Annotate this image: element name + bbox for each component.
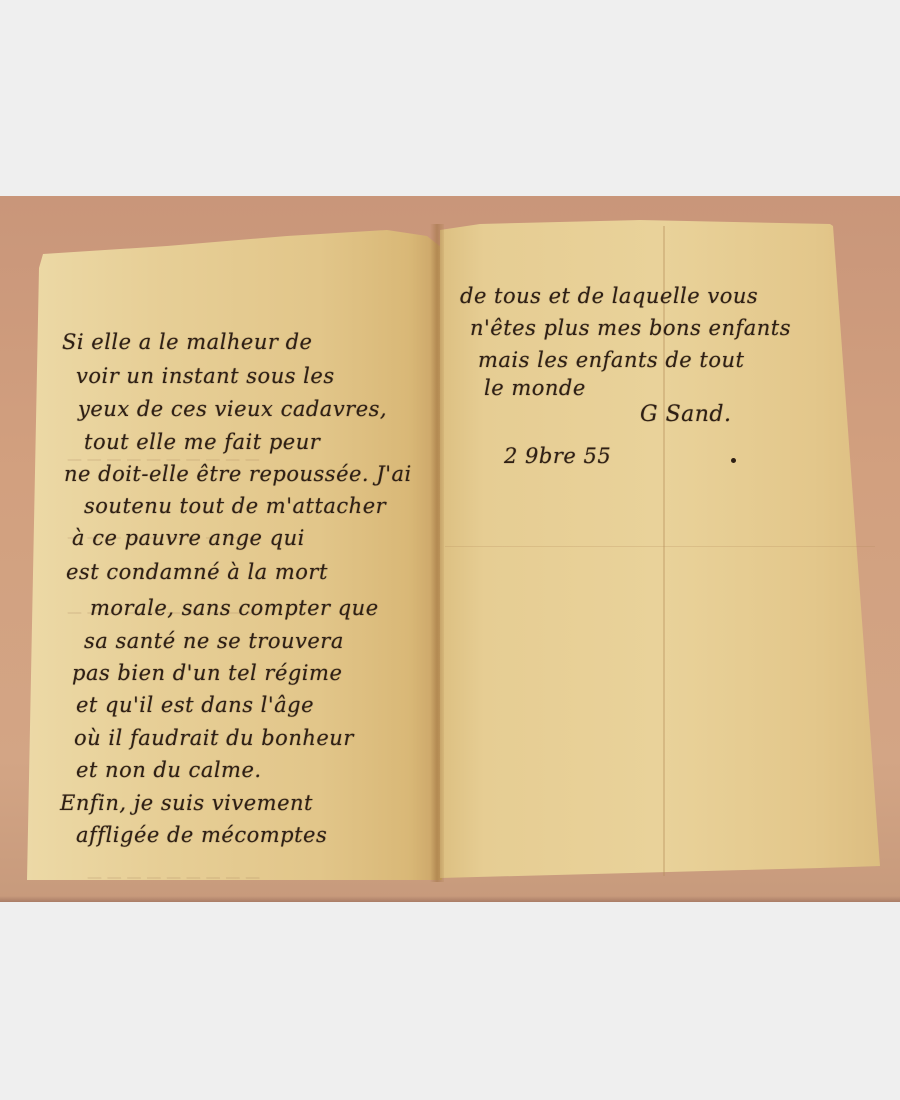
handwriting-line: et qu'il est dans l'âge (76, 693, 314, 717)
letter-photograph: — — — — — — — — — — — — — — — — — — — — … (0, 196, 900, 902)
handwriting-line: Si elle a le malheur de (62, 330, 312, 354)
handwriting-line: est condamné à la mort (66, 560, 328, 584)
ink-dot (731, 458, 736, 463)
handwriting-line: de tous et de laquelle vous (460, 284, 758, 308)
handwriting-line: affligée de mécomptes (76, 823, 327, 847)
handwriting-line: yeux de ces vieux cadavres, (78, 397, 387, 421)
handwriting-line: n'êtes plus mes bons enfants (470, 316, 791, 340)
handwriting-line: sa santé ne se trouvera (84, 629, 344, 653)
left-page: — — — — — — — — — — — — — — — — — — — — … (27, 228, 442, 880)
paper-crease-horizontal (445, 546, 875, 547)
handwriting-line: le monde (484, 376, 586, 400)
handwriting-line: voir un instant sous les (76, 364, 335, 388)
handwriting-line: où il faudrait du bonheur (74, 726, 354, 750)
center-fold (430, 224, 444, 882)
handwriting-line: et non du calme. (76, 758, 262, 782)
handwriting-line: morale, sans compter que (90, 596, 379, 620)
letter-date: 2 9bre 55 (504, 444, 611, 468)
handwriting-line: à ce pauvre ange qui (72, 526, 305, 550)
handwriting-line: mais les enfants de tout (478, 348, 744, 372)
handwriting-line: tout elle me fait peur (84, 430, 320, 454)
signature: G Sand. (640, 402, 732, 427)
handwriting-line: pas bien d'un tel régime (72, 661, 342, 685)
handwriting-line: Enfin, je suis vivement (60, 791, 313, 815)
handwriting-line: soutenu tout de m'attacher (84, 494, 386, 518)
bleed-through-text: — — — — — — — — — (87, 868, 260, 886)
handwriting-line: ne doit-elle être repoussée. J'ai (64, 462, 412, 486)
